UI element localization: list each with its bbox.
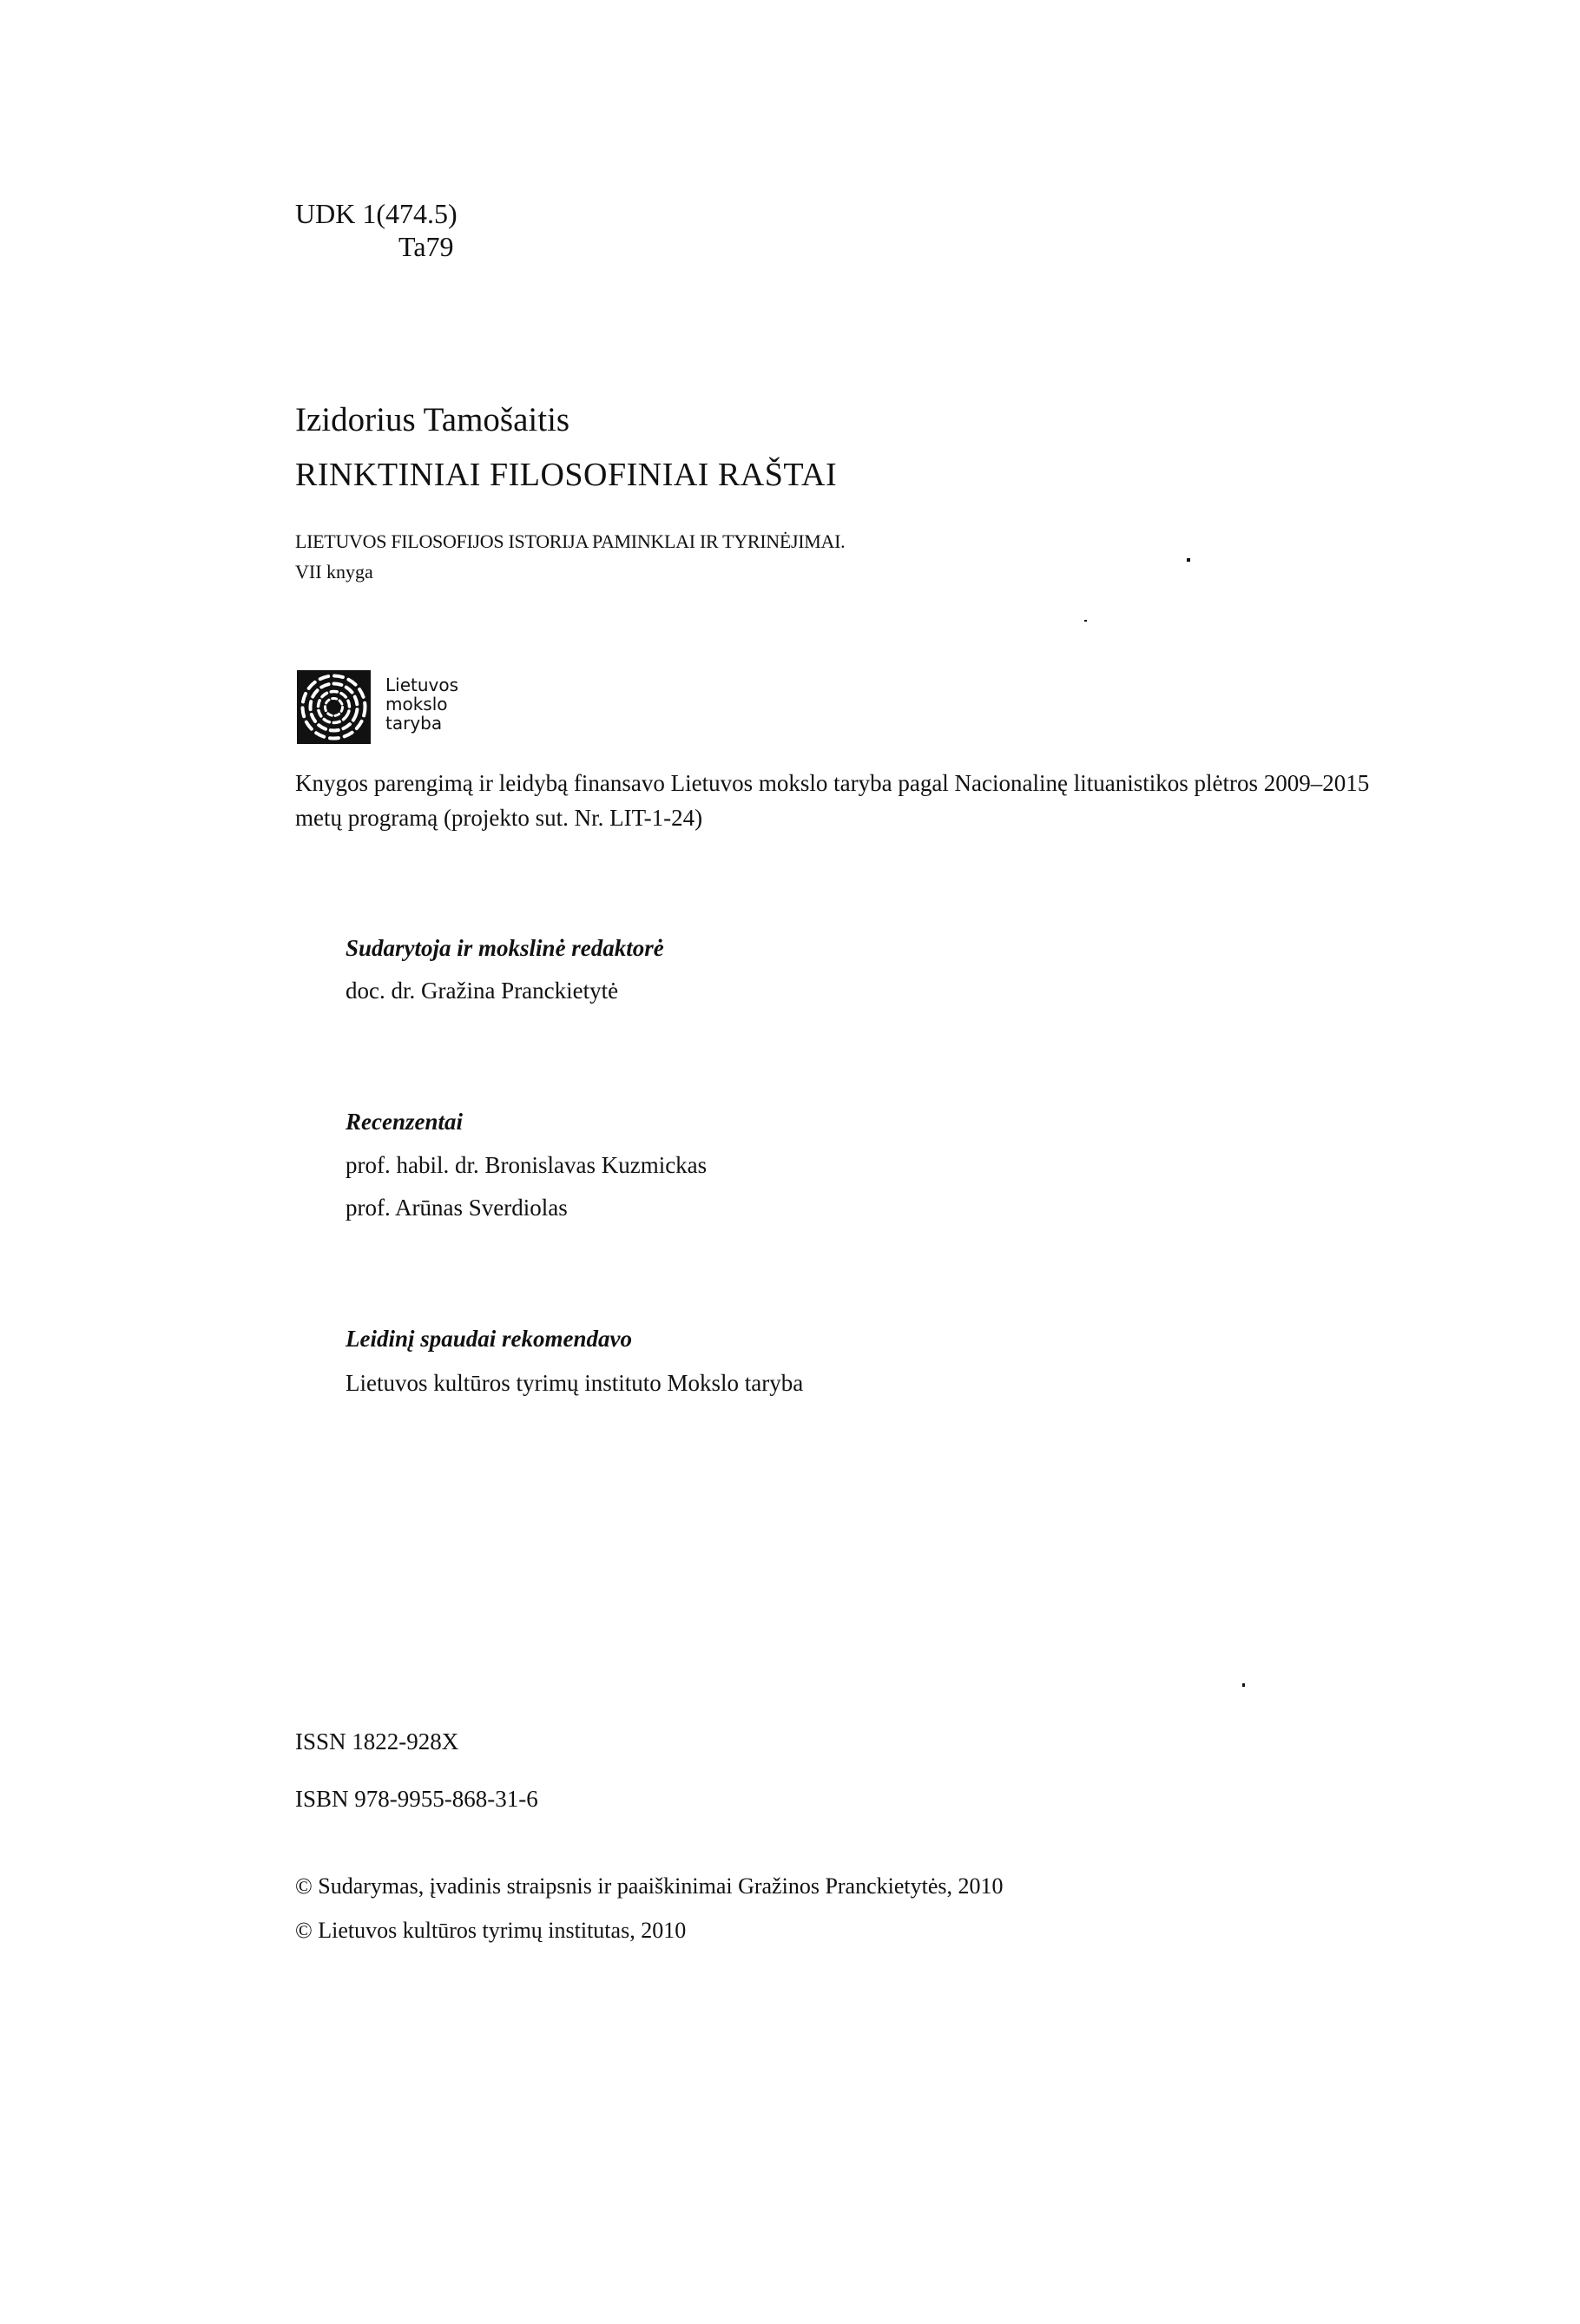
logo-line-1: Lietuvos [385, 675, 490, 695]
lietuvos-mokslo-taryba-logo-icon [297, 670, 371, 744]
scan-speck [1242, 1683, 1245, 1687]
reviewers-label: Recenzentai [346, 1107, 463, 1136]
funding-note: Knygos parengimą ir leidybą finansavo Li… [295, 766, 1389, 835]
author-name: Izidorius Tamošaitis [295, 401, 569, 439]
compiler-label: Sudarytoja ir mokslinė redaktorė [346, 933, 664, 963]
scan-speck [1187, 558, 1190, 562]
series-title: LIETUVOS FILOSOFIJOS ISTORIJA PAMINKLAI … [295, 530, 845, 554]
reviewer-name: prof. Arūnas Sverdiolas [346, 1193, 568, 1222]
logo-line-3: taryba [385, 714, 490, 733]
udk-classification: UDK 1(474.5) [295, 198, 458, 229]
author-code: Ta79 [398, 231, 454, 262]
logo-wordmark: Lietuvos mokslo taryba [385, 675, 490, 733]
compiler-name: doc. dr. Gražina Pranckietytė [346, 976, 618, 1005]
book-title: RINKTINIAI FILOSOFINIAI RAŠTAI [295, 456, 837, 494]
copyright-line: © Sudarymas, įvadinis straipsnis ir paai… [295, 1872, 1004, 1901]
reviewer-name: prof. habil. dr. Bronislavas Kuzmickas [346, 1150, 707, 1180]
issn-number: ISSN 1822-928X [295, 1727, 458, 1756]
recommended-label: Leidinį spaudai rekomendavo [346, 1324, 632, 1353]
logo-line-2: mokslo [385, 695, 490, 714]
scan-speck [1084, 620, 1087, 622]
isbn-number: ISBN 978-9955-868-31-6 [295, 1784, 538, 1814]
volume-number: VII knyga [295, 560, 373, 584]
copyright-line: © Lietuvos kultūros tyrimų institutas, 2… [295, 1916, 686, 1945]
recommended-by: Lietuvos kultūros tyrimų instituto Moksl… [346, 1368, 803, 1398]
